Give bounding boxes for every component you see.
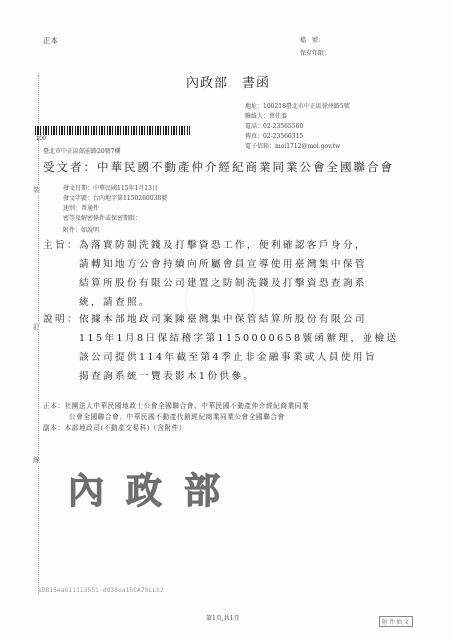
delivery-speed: 速別：普通件: [63, 203, 99, 212]
binding-mark-zhuang: 裝: [33, 185, 40, 195]
explanation-line: 揭查詢系統一覽表影本1份供參。: [79, 367, 398, 386]
sender-contact: 聯絡人：蔡佳蓁: [245, 111, 287, 120]
attachment-note: 附件：如說明: [63, 225, 99, 234]
sender-address: 地址：100218臺北市中正區徐州路5號: [245, 101, 350, 110]
document-number: 發文字號：台內地字第1150260038號: [63, 193, 167, 202]
document-title: 內政部 書函: [186, 72, 270, 91]
mailing-address: 臺北市中正區館前路20號7樓: [43, 146, 120, 155]
explanation-label: 說明：: [43, 310, 79, 329]
document-id: 1DB15ea611113551-dd33ea15CA75LLS2: [38, 587, 164, 594]
recipient: 受文者：中華民國不動產仲介經紀商業同業公會全國聯合會: [43, 159, 394, 175]
copy-recipients: 副本：本部地政司(不動產交易科)（含附件）: [43, 423, 309, 434]
sender-email: 電子信箱：moi1712@moi.gov.tw: [245, 141, 340, 150]
subject-line: 請轉知地方公會持續向所屬會員宣導使用臺灣集中保管: [79, 255, 367, 274]
file-number-label: 檔 號：: [300, 35, 324, 44]
original-recipients-line: 正本：社團法人中華民國地政士公會全國聯合會、中華民國不動產仲介經紀商業同業: [43, 401, 309, 412]
distribution-section: 正本：社團法人中華民國地政士公會全國聯合會、中華民國不動產仲介經紀商業同業 公會…: [43, 401, 309, 434]
subject-label: 主旨：: [43, 236, 79, 255]
binding-mark-ding: 訂: [33, 322, 40, 332]
sender-fax: 傳真：02-23566315: [245, 131, 303, 140]
postal-code: 100: [36, 136, 46, 142]
binding-mark-xian: 線: [33, 455, 40, 465]
sender-phone: 電話：02-23565560: [245, 121, 303, 130]
subject-line: 為落實防制洗錢及打擊資恐工作，便利確認客戶身分，: [79, 236, 367, 255]
explanation-line: 依據本部地政司案陳臺灣集中保管結算所股份有限公司: [79, 310, 398, 329]
official-letter-page: 裝 訂 線 正本 檔 號： 保存年限： 內政部 書函 地址：100218臺北市中…: [0, 0, 453, 640]
security-level: 密等及解密條件或保密期限：: [63, 213, 141, 222]
original-recipients-line: 公會全國聯合會、中華民國不動產代銷經紀商業同業公會全國聯合會: [69, 412, 309, 423]
binding-dotted-line: [38, 75, 39, 595]
retention-period-label: 保存年限：: [300, 48, 330, 57]
explanation-line: 該公司提供114年截至第4季止非金融事業或人員使用旨: [79, 348, 398, 367]
explanation-section: 說明： 依據本部地政司案陳臺灣集中保管結算所股份有限公司 115年1月8日保結稽…: [43, 310, 398, 386]
copy-type-label: 正本: [43, 35, 58, 46]
subject-section: 主旨： 為落實防制洗錢及打擊資恐工作，便利確認客戶身分， 請轉知地方公會持續向所…: [43, 236, 367, 312]
postal-barcode: [35, 126, 190, 135]
issue-date: 發文日期：中華民國115年1月13日: [63, 183, 158, 192]
ministry-seal-stamp: 內政部: [68, 463, 242, 514]
attachment-stamp: 附件抽文: [379, 616, 413, 627]
explanation-line: 115年1月8日保結稽字第1150000658號函辦理，並檢送: [79, 329, 398, 348]
subject-line: 結算所股份有限公司建置之防制洗錢及打擊資恐查詢系: [79, 274, 367, 293]
page-number: 第1頁,共1頁: [206, 613, 240, 622]
